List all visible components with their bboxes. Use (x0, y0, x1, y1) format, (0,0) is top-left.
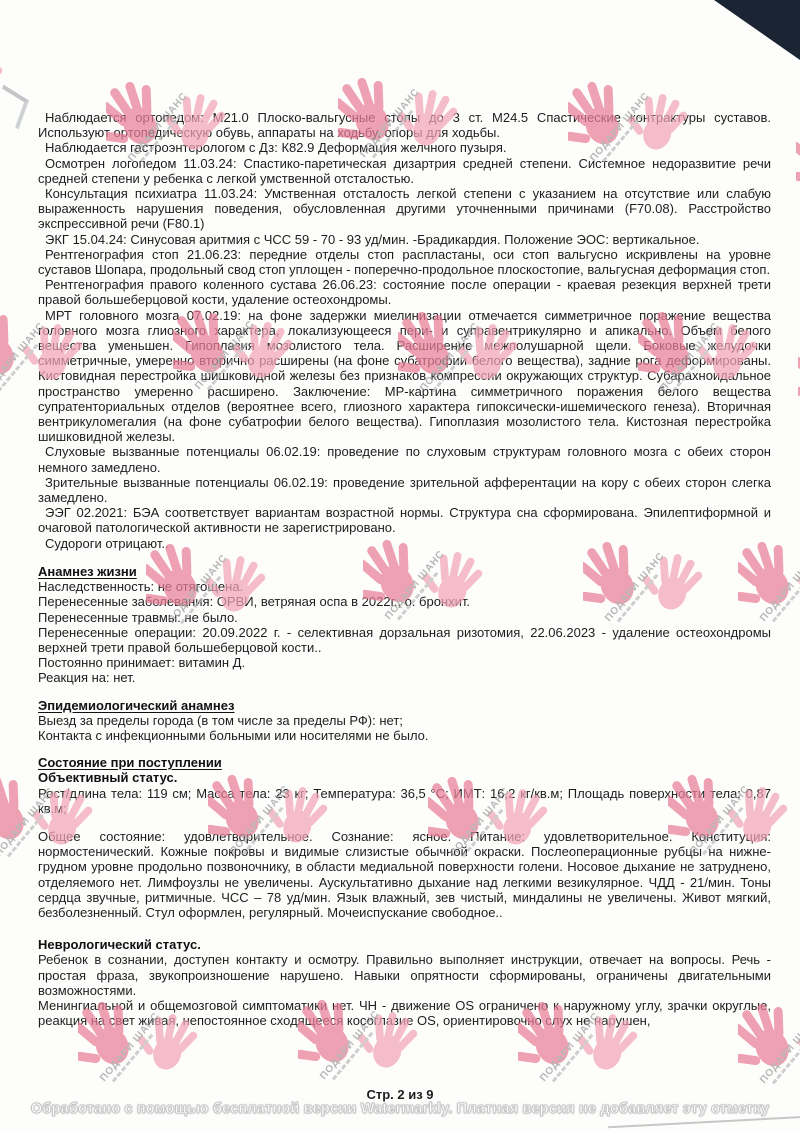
finding-psychiatrist: Консультация психиатра 11.03.24: Умствен… (38, 186, 771, 232)
watermarkly-notice: Обработано с помощью бесплатной версии W… (0, 1101, 800, 1117)
travel: Выезд за пределы города (в том числе за … (38, 713, 771, 728)
subsection-objective-status: Объективный статус. (38, 770, 771, 785)
past-injuries: Перенесенные травмы: не было. (38, 610, 771, 625)
reaction: Реакция на: нет. (38, 670, 771, 685)
section-gap (38, 920, 771, 937)
neuro-cranial-nerves: Менингиальной и общемозговой симптоматик… (38, 998, 771, 1028)
paper-crease-mark (0, 85, 29, 130)
anthropometry: Рост/длина тела: 119 см; Масса тела: 23 … (38, 786, 771, 816)
constant-medication: Постоянно принимает: витамин Д. (38, 655, 771, 670)
neuro-contact: Ребенок в сознании, доступен контакту и … (38, 952, 771, 998)
finding-eeg: ЭЭГ 02.2021: БЭА соответствует вариантам… (38, 505, 771, 535)
section-gap (38, 551, 771, 564)
section-life-anamnesis: Анамнез жизни (38, 564, 771, 579)
paper-edge-line (608, 1116, 800, 1128)
infection-contacts: Контакта с инфекционными больными или но… (38, 728, 771, 743)
finding-speech-therapist: Осмотрен логопедом 11.03.24: Спастико-па… (38, 156, 771, 186)
heredity: Наследственность: не отягощена. (38, 579, 771, 594)
section-admission-state: Состояние при поступлении (38, 755, 771, 770)
section-epidemiological-anamnesis: Эпидемиологический анамнез (38, 698, 771, 713)
finding-visual-potentials: Зрительные вызванные потенциалы 06.02.19… (38, 475, 771, 505)
finding-seizures: Судороги отрицают.. (38, 536, 771, 551)
finding-ecg: ЭКГ 15.04.24: Синусовая аритмия с ЧСС 59… (38, 232, 771, 247)
photo-background-corner (714, 0, 800, 60)
finding-gastroenterologist: Наблюдается гастроэнтерологом с Дз: К82.… (38, 140, 771, 155)
scanned-medical-document-page: { "page": { "footer_page_label": "Стр. 2… (0, 0, 800, 1132)
section-gap (38, 686, 771, 698)
past-diseases: Перенесенные заболевания: ОРВИ, ветряная… (38, 594, 771, 609)
section-gap (38, 743, 771, 755)
finding-knee-xray: Рентгенография правого коленного сустава… (38, 277, 771, 307)
finding-auditory-potentials: Слуховые вызванные потенциалы 06.02.19: … (38, 444, 771, 474)
section-gap (38, 816, 771, 829)
subsection-neurological-status: Неврологический статус. (38, 937, 771, 952)
general-state: Общее состояние: удовлетворительное. Соз… (38, 829, 771, 920)
finding-brain-mri: МРТ головного мозга 07.02.19: на фоне за… (38, 308, 771, 445)
charity-watermark: ПОДАРИ ШАНС (796, 82, 800, 232)
finding-feet-xray: Рентгенография стоп 21.06.23: передние о… (38, 247, 771, 277)
finding-orthopedist: Наблюдается ортопедом: М21.0 Плоско-валь… (38, 110, 771, 140)
past-operations: Перенесенные операции: 20.09.2022 г. - с… (38, 625, 771, 655)
document-body: Наблюдается ортопедом: М21.0 Плоско-валь… (38, 110, 771, 1028)
page-number: Стр. 2 из 9 (0, 1087, 800, 1102)
charity-hands-icon (796, 82, 800, 194)
